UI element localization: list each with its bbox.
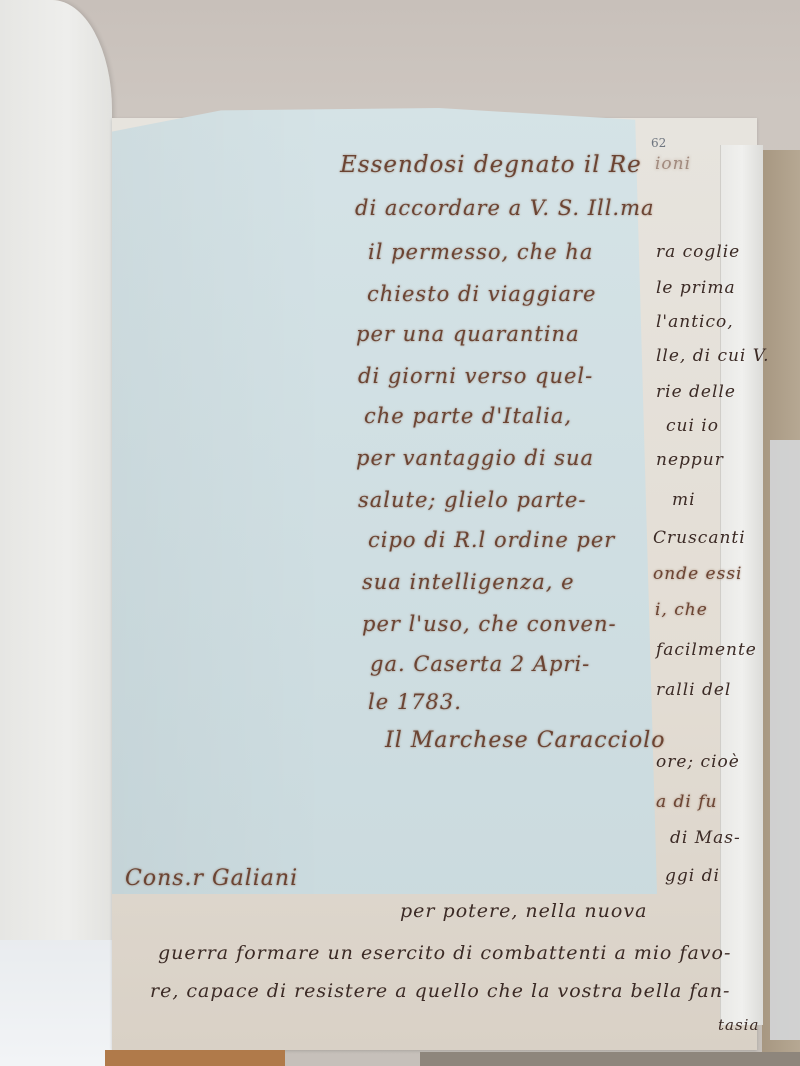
note-line: per l'uso, che conven-: [362, 612, 617, 636]
note-line: chiesto di viaggiare: [367, 282, 597, 306]
letter-line: per potere, nella nuova: [400, 900, 647, 922]
wooden-base: [105, 1050, 285, 1066]
margin-fragment: ralli del: [656, 680, 731, 700]
margin-fragment: ore; cioè: [656, 752, 740, 772]
folio-number: 62: [651, 136, 666, 150]
margin-fragment: i, che: [655, 600, 708, 620]
margin-fragment: lle, di cui V.: [656, 346, 770, 366]
note-line: le 1783.: [368, 690, 462, 714]
note-line: ga. Caserta 2 Apri-: [370, 652, 590, 676]
note-line: per una quarantina: [356, 322, 580, 346]
margin-fragment: neppur: [656, 450, 724, 470]
note-line: il permesso, che ha: [368, 240, 593, 264]
margin-fragment: ra coglie: [656, 242, 740, 262]
margin-fragment: l'antico,: [656, 312, 734, 332]
note-line: salute; glielo parte-: [358, 488, 586, 512]
margin-fragment: cui io: [666, 416, 719, 436]
left-book-page: [0, 0, 112, 1066]
signature: Il Marchese Caracciolo: [385, 728, 665, 753]
note-line: che parte d'Italia,: [364, 404, 572, 428]
margin-fragment: Cruscanti: [653, 528, 746, 548]
left-page-lower-sheet: [0, 940, 112, 1066]
margin-fragment: di Mas-: [670, 828, 741, 848]
note-line: Essendosi degnato il Re: [340, 152, 642, 178]
note-line: di giorni verso quel-: [358, 364, 593, 388]
note-line: di accordare a V. S. Ill.ma: [355, 196, 655, 220]
note-line: per vantaggio di sua: [356, 446, 594, 470]
table-edge: [420, 1052, 800, 1066]
margin-fragment: mi: [672, 490, 696, 510]
margin-fragment: facilmente: [656, 640, 757, 660]
margin-fragment: a di fu: [656, 792, 718, 812]
margin-fragment: ioni: [655, 154, 691, 174]
margin-fragment: rie delle: [656, 382, 736, 402]
addressee: Cons.r Galiani: [125, 866, 298, 891]
adjacent-sheet: [770, 440, 800, 1040]
sheet-edge-strip: [720, 145, 763, 1025]
margin-fragment: le prima: [656, 278, 736, 298]
note-line: sua intelligenza, e: [362, 570, 575, 594]
note-line: cipo di R.l ordine per: [368, 528, 615, 552]
letter-line: tasia: [718, 1016, 759, 1034]
letter-line: re, capace di resistere a quello che la …: [150, 980, 730, 1002]
margin-fragment: ggi di: [665, 866, 720, 886]
letter-line: guerra formare un esercito di combattent…: [158, 942, 731, 964]
margin-fragment: onde essi: [653, 564, 742, 584]
